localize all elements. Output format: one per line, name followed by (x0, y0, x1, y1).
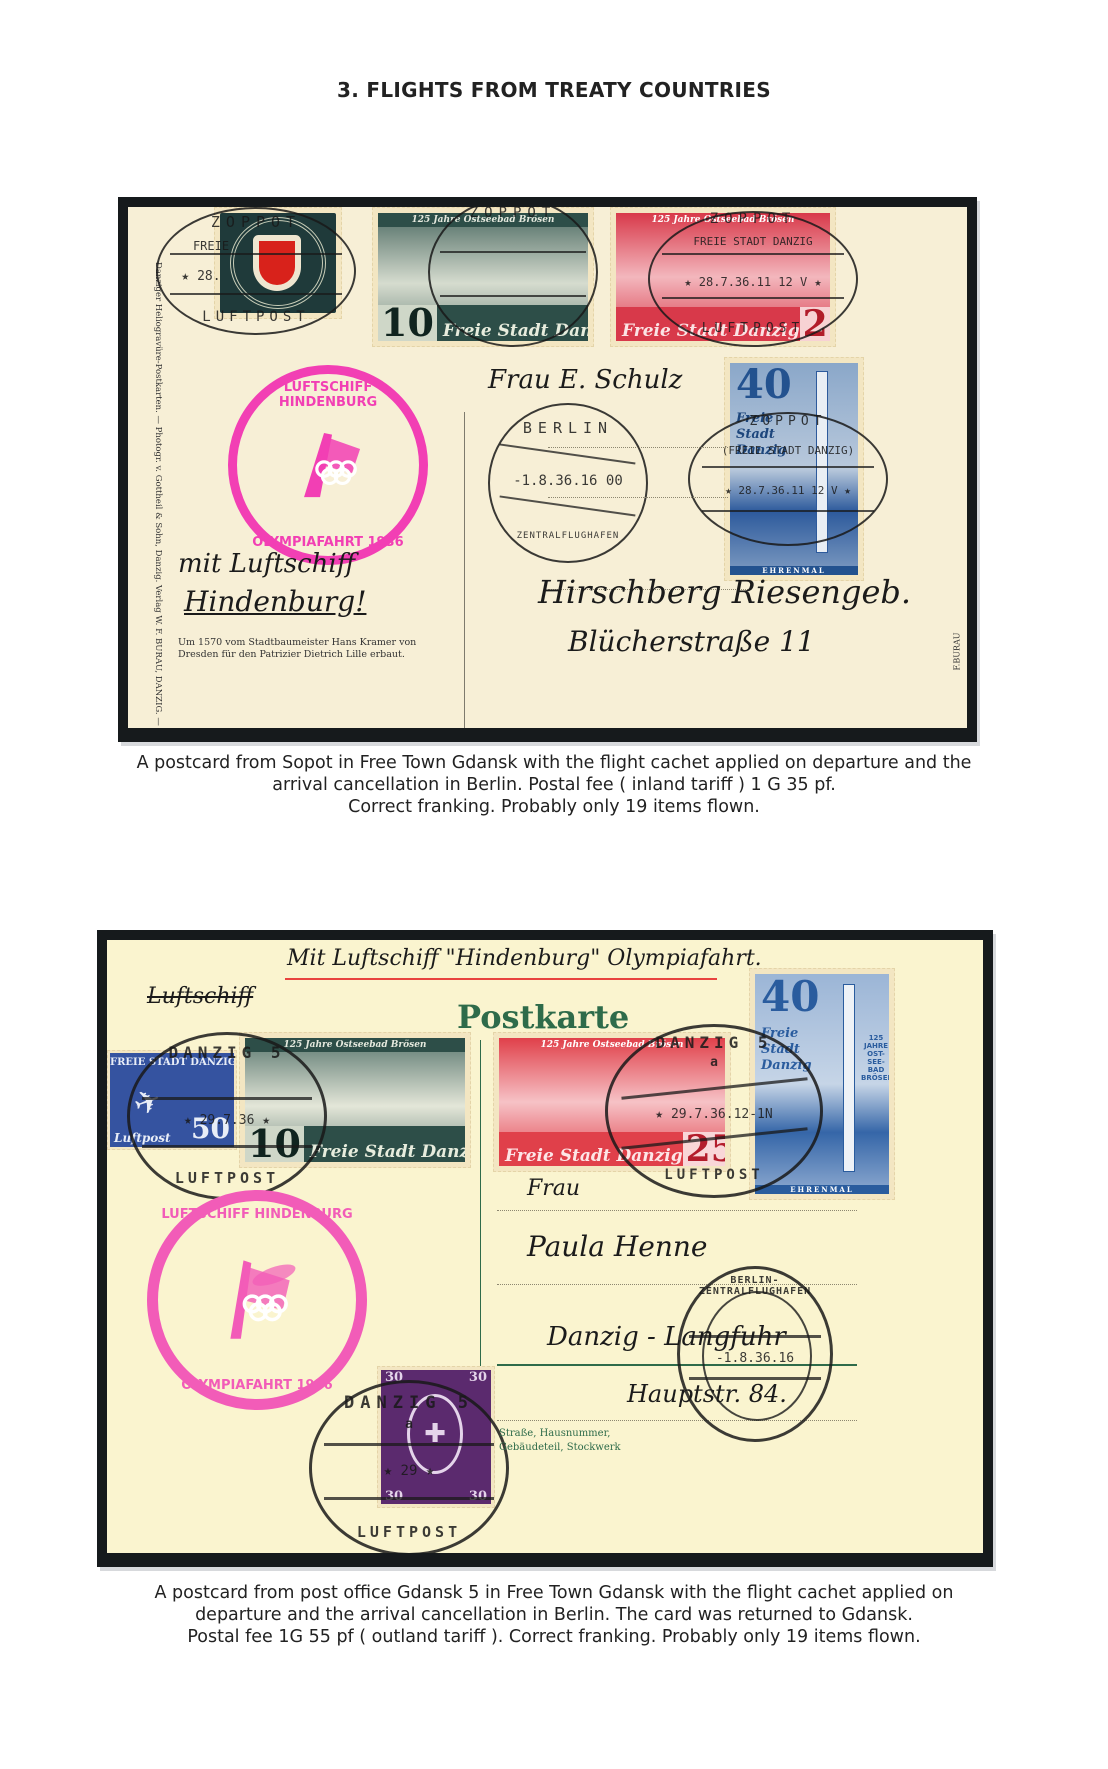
airship-flag-emblem-icon (213, 1256, 300, 1343)
handwritten-addressee: Frau E. Schulz (488, 365, 682, 395)
postcard-sopot: Danziger Heliogravüre-Postkarten. — Phot… (118, 197, 977, 742)
postmark-danzig-5-left: DANZIG 5 ★ 29.7.36 ★ LUFTPOST (127, 1032, 327, 1200)
postmark-zoppot-3: ZOPPOT FREIE STADT DANZIG ★ 28.7.36.11 1… (648, 211, 858, 347)
card-printed-corner: F.BURAU (953, 632, 962, 670)
handwritten-note-line1: mit Luftschiff (178, 549, 355, 579)
hindenburg-flight-cachet: LUFTSCHIFF HINDENBURG OLYMPIAFAHRT 1936 (147, 1190, 367, 1410)
postcard-sopot-paper: Danziger Heliogravüre-Postkarten. — Phot… (128, 207, 967, 728)
handwritten-note-line2: Hindenburg! (184, 585, 366, 618)
stamp-value: 10 (378, 305, 437, 341)
postcard-gdansk-5: Mit Luftschiff "Hindenburg" Olympiafahrt… (97, 930, 993, 1567)
caption-postcard-gdansk-5: A postcard from post office Gdansk 5 in … (0, 1582, 1108, 1648)
address-line (548, 497, 728, 498)
postcard-gdansk-5-paper: Mit Luftschiff "Hindenburg" Olympiafahrt… (107, 940, 983, 1553)
address-hint-line2: Gebäudeteil, Stockwerk (499, 1442, 621, 1453)
address-line (497, 1210, 857, 1211)
page-title: 3. FLIGHTS FROM TREATY COUNTRIES (0, 78, 1108, 102)
address-line (548, 447, 728, 448)
handwritten-header: Mit Luftschiff "Hindenburg" Olympiafahrt… (287, 946, 762, 971)
card-title: Postkarte (457, 998, 629, 1036)
card-printed-note-line1: Um 1570 vom Stadtbaumeister Hans Kramer … (178, 637, 416, 648)
caption-postcard-sopot: A postcard from Sopot in Free Town Gdans… (0, 752, 1108, 818)
postmark-danzig-5-right: DANZIG 5 a ★ 29.7.36.12-1N LUFTPOST (605, 1024, 823, 1198)
printer-imprint: Danziger Heliogravüre-Postkarten. — Phot… (153, 262, 163, 682)
handwritten-city: Hirschberg Riesengeb. (538, 573, 911, 611)
stamp-value: 40 (761, 974, 889, 1020)
handwritten-salutation: Frau (527, 1176, 580, 1201)
stamp-label: Freie Stadt Danzig (310, 1142, 465, 1162)
hindenburg-flight-cachet: LUFTSCHIFF HINDENBURG OLYMPIAFAHRT 1936 (228, 365, 428, 565)
red-underline (285, 978, 717, 980)
address-hint-line1: Straße, Hausnummer, (499, 1428, 610, 1439)
postmark-berlin: BERLIN -1.8.36.16 00 ZENTRALFLUGHAFEN (488, 403, 648, 563)
postmark-berlin-zentralflughafen: BERLIN-ZENTRALFLUGHAFEN -1.8.36.16 (677, 1266, 833, 1442)
postmark-zoppot-4: ZOPPOT (FREIE STADT DANZIG) ★ 28.7.36.11… (688, 412, 888, 546)
handwritten-crossed-word: Luftschiff (147, 984, 253, 1009)
monument-column (843, 984, 855, 1172)
handwritten-name: Paula Henne (527, 1230, 707, 1263)
card-printed-note-line2: Dresden für den Patrizier Dietrich Lille… (178, 649, 405, 660)
airship-flag-emblem-icon (288, 425, 368, 505)
address-divider (464, 412, 465, 728)
postmark-danzig-5-bottom: DANZIG 5 a ★ 29 ★ LUFTPOST (309, 1380, 509, 1553)
stamp-value: 40 (736, 363, 858, 407)
postmark-zoppot-1: ZOPPOT FREIE ★ 28. LUFTPOST (156, 207, 356, 335)
handwritten-street: Blücherstraße 11 (568, 625, 815, 658)
